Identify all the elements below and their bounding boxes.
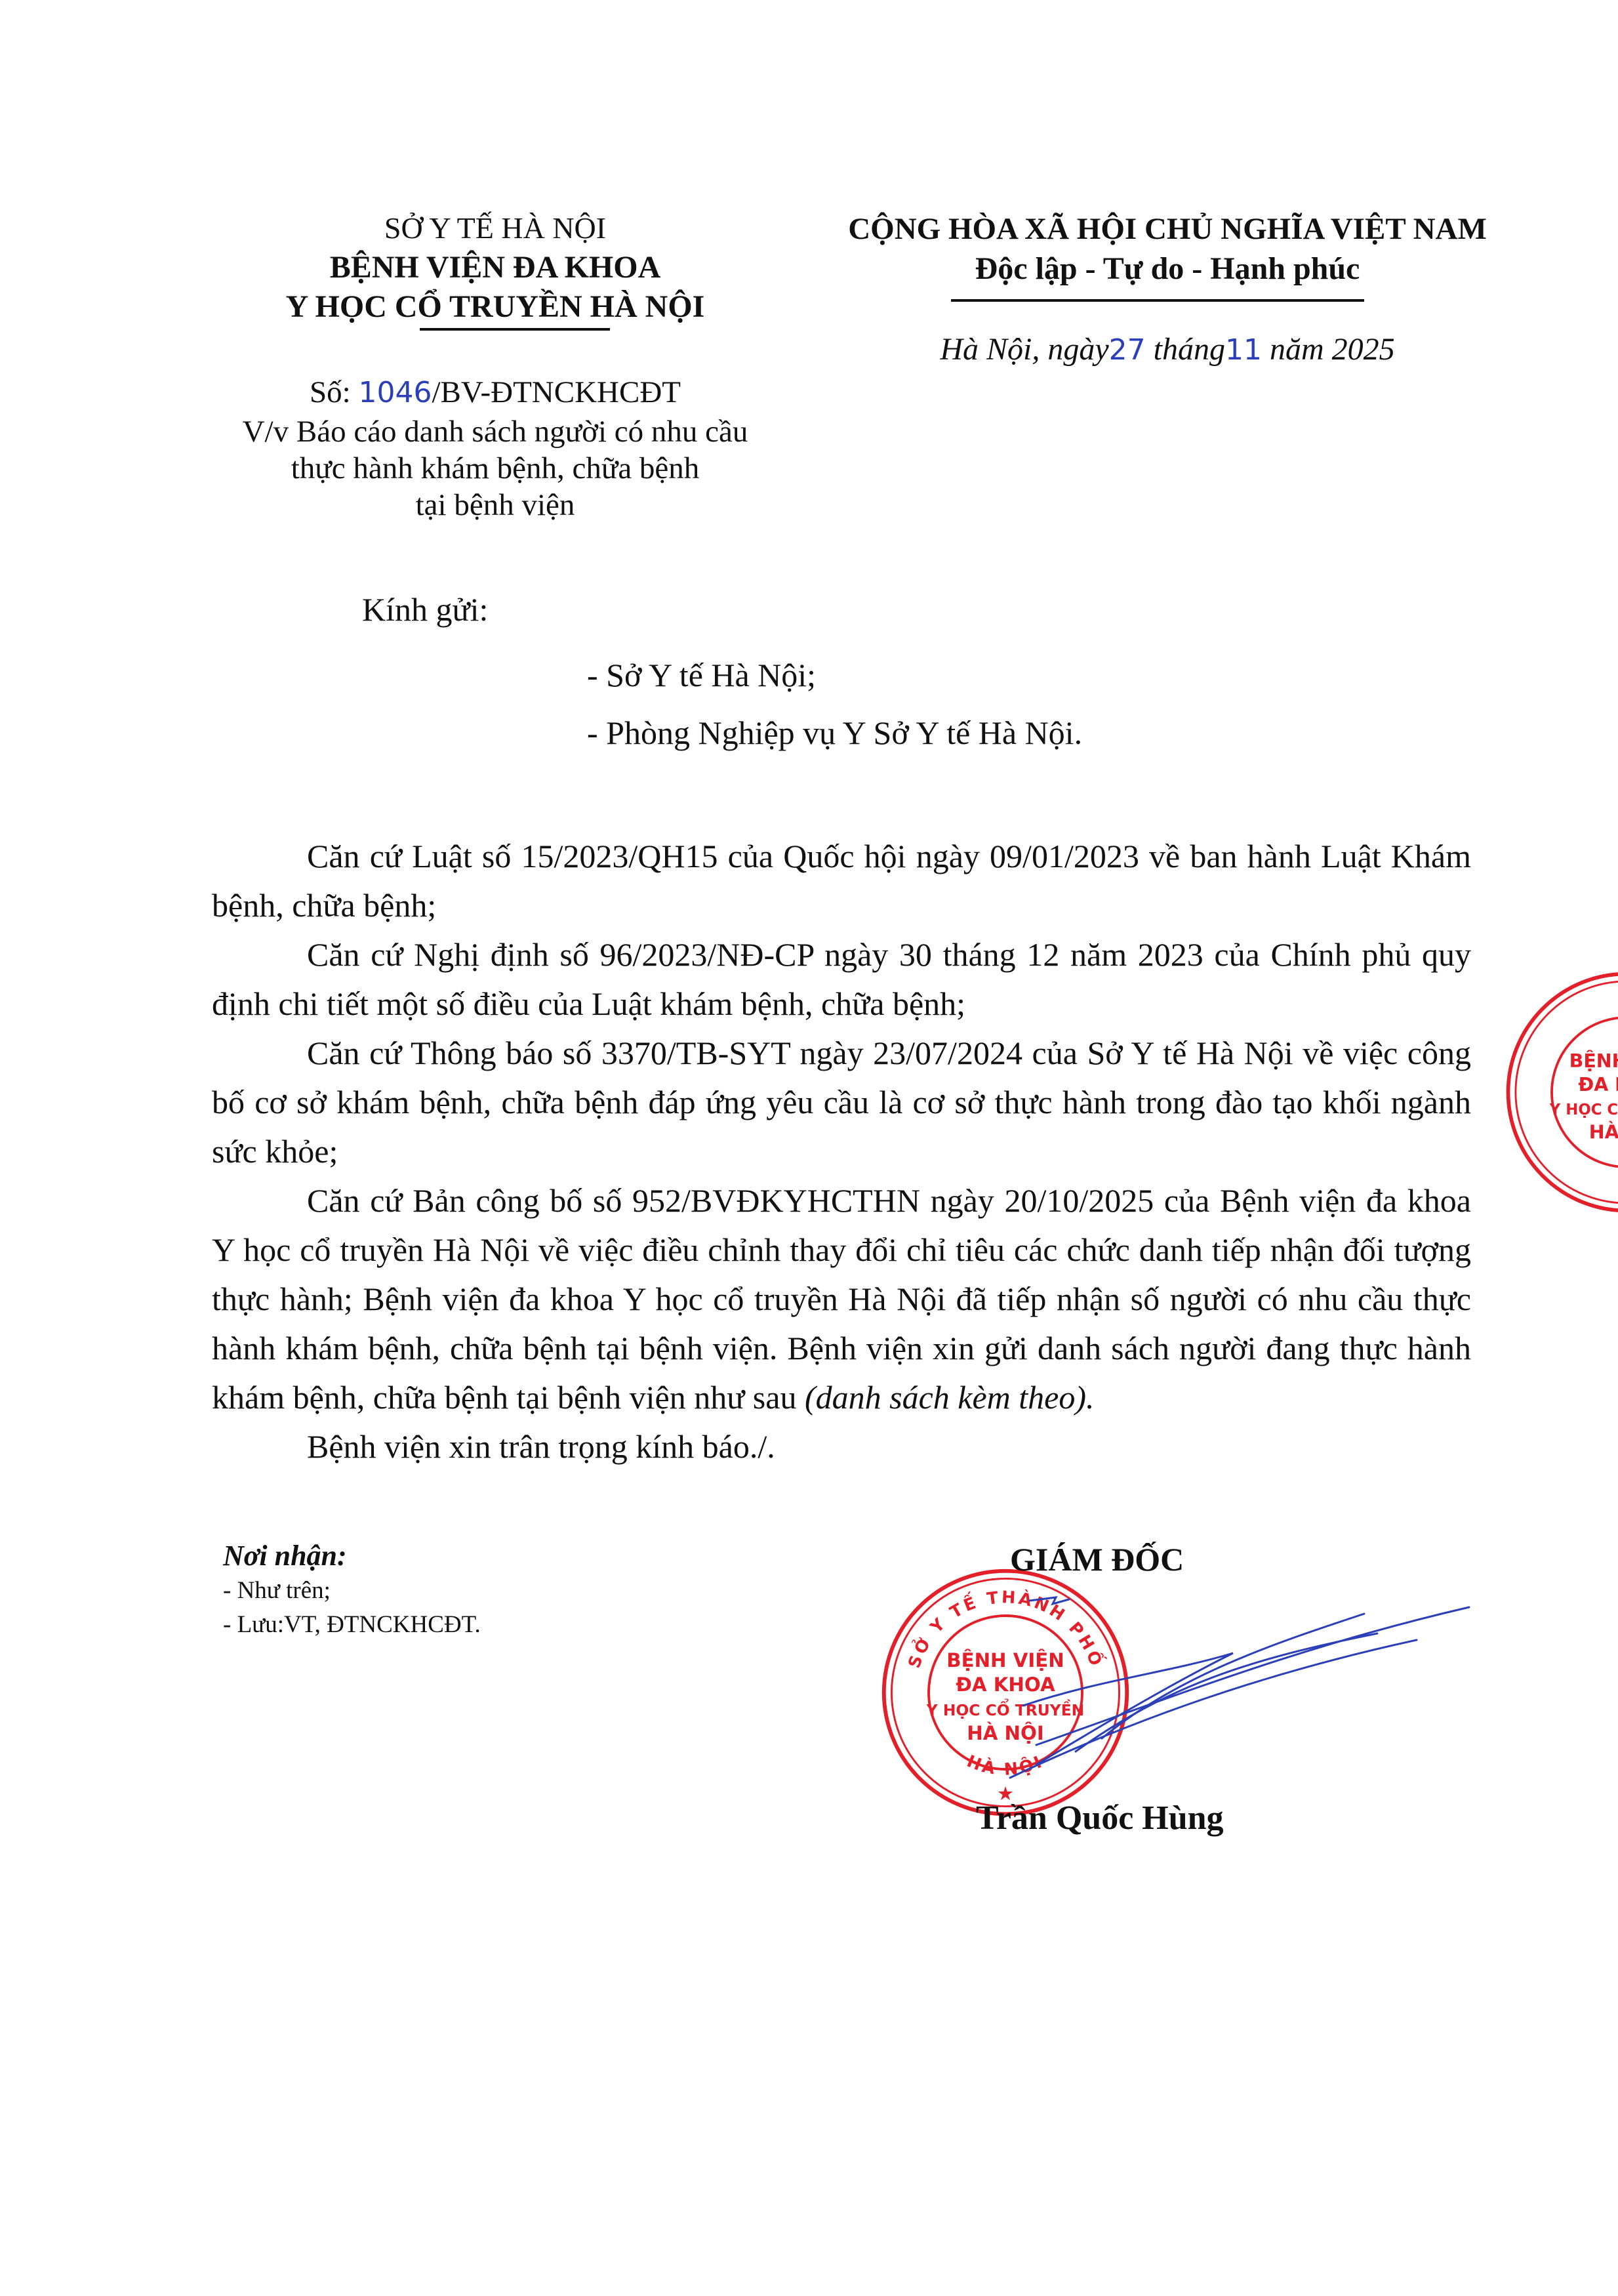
handwritten-signature xyxy=(971,1568,1495,1804)
number-suffix: /BV-ĐTNCKHCĐT xyxy=(432,375,681,409)
recipient-2: - Phòng Nghiệp vụ Y Sở Y tế Hà Nội. xyxy=(587,714,1082,752)
svg-text:Y HỌC CỔ TRUYỀN: Y HỌC CỔ TRUYỀN xyxy=(1549,1097,1618,1118)
paragraph-1: Căn cứ Luật số 15/2023/QH15 của Quốc hội… xyxy=(212,832,1471,930)
date-place: Hà Nội, ngày xyxy=(940,332,1108,367)
number-handwritten: 1046 xyxy=(358,376,432,409)
subject-line-2: thực hành khám bệnh, chữa bệnh xyxy=(197,450,794,487)
paragraph-2: Căn cứ Nghị định số 96/2023/NĐ-CP ngày 3… xyxy=(212,930,1471,1029)
signer-name: Trần Quốc Hùng xyxy=(976,1799,1224,1837)
nation-title: CỘNG HÒA XÃ HỘI CHỦ NGHĨA VIỆT NAM xyxy=(823,209,1512,249)
document-subject: V/v Báo cáo danh sách người có nhu cầu t… xyxy=(197,413,794,523)
date-day-handwritten: 27 xyxy=(1109,333,1146,367)
date-month-label: tháng xyxy=(1154,332,1225,367)
org-name-line2: Y HỌC CỔ TRUYỀN HÀ NỘI xyxy=(223,287,767,327)
svg-text:HÀ NỘI: HÀ NỘI xyxy=(1589,1120,1618,1143)
svg-text:BỆNH VIỆN: BỆNH VIỆN xyxy=(1569,1050,1618,1072)
date-year: năm 2025 xyxy=(1270,332,1395,367)
subject-line-1: V/v Báo cáo danh sách người có nhu cầu xyxy=(197,413,794,450)
number-label: Số: xyxy=(310,375,351,409)
national-heading-block: CỘNG HÒA XÃ HỘI CHỦ NGHĨA VIỆT NAM Độc l… xyxy=(823,209,1512,302)
paragraph-4: Căn cứ Bản công bố số 952/BVĐKYHCTHN ngà… xyxy=(212,1176,1471,1422)
paragraph-5: Bệnh viện xin trân trọng kính báo./. xyxy=(212,1422,1471,1471)
distribution-item-2: - Lưu:VT, ĐTNCKHCĐT. xyxy=(223,1608,481,1642)
document-date: Hà Nội, ngày27 tháng11 năm 2025 xyxy=(823,331,1512,367)
attachment-note: (danh sách kèm theo). xyxy=(805,1379,1095,1416)
issuing-authority-block: SỞ Y TẾ HÀ NỘI BỆNH VIỆN ĐA KHOA Y HỌC C… xyxy=(223,209,767,331)
document-number: Số: 1046/BV-ĐTNCKHCĐT xyxy=(223,373,767,413)
national-motto: Độc lập - Tự do - Hạnh phúc xyxy=(823,249,1512,289)
recipient-1: - Sở Y tế Hà Nội; xyxy=(587,656,816,694)
agency-name: SỞ Y TẾ HÀ NỘI xyxy=(223,209,767,248)
body-text: Căn cứ Luật số 15/2023/QH15 của Quốc hội… xyxy=(212,832,1471,1471)
date-month-handwritten: 11 xyxy=(1225,333,1262,367)
distribution-title: Nơi nhận: xyxy=(223,1538,481,1574)
org-name-line1: BỆNH VIỆN ĐA KHOA xyxy=(223,248,767,287)
salutation: Kính gửi: xyxy=(362,590,488,628)
subject-line-3: tại bệnh viện xyxy=(197,487,794,523)
distribution-item-1: - Như trên; xyxy=(223,1574,481,1608)
paragraph-3: Căn cứ Thông báo số 3370/TB-SYT ngày 23/… xyxy=(212,1029,1471,1176)
distribution-list: Nơi nhận: - Như trên; - Lưu:VT, ĐTNCKHCĐ… xyxy=(223,1538,481,1642)
motto-underline xyxy=(951,299,1364,302)
header-left-underline xyxy=(420,328,610,331)
svg-text:ĐA KHOA: ĐA KHOA xyxy=(1578,1074,1618,1096)
page-seal-stamp-partial: BỆNH VIỆN ĐA KHOA Y HỌC CỔ TRUYỀN HÀ NỘI xyxy=(1502,968,1618,1217)
